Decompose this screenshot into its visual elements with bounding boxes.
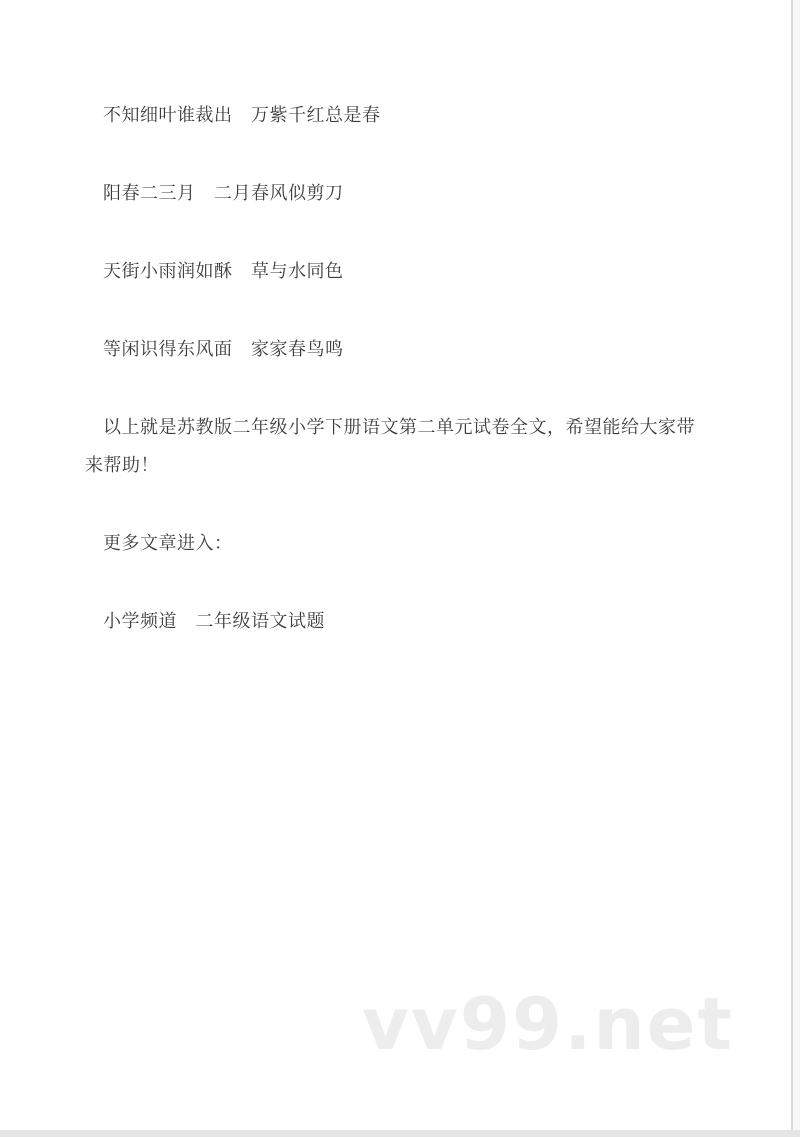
links-separator — [177, 611, 196, 631]
more-articles-label: 更多文章进入： — [85, 524, 703, 562]
topic-link-text: 二年级语文试题 — [196, 611, 326, 631]
document-body: 不知细叶谁裁出 万紫千红总是春 阳春二三月 二月春风似剪刀 天街小雨润如酥 草与… — [85, 96, 703, 680]
channel-link-text: 小学频道 — [103, 611, 177, 631]
poem-line: 阳春二三月 二月春风似剪刀 — [85, 174, 703, 212]
poem-line: 天街小雨润如酥 草与水同色 — [85, 252, 703, 290]
poem-line: 不知细叶谁裁出 万紫千红总是春 — [85, 96, 703, 134]
page-bottom-edge — [0, 1130, 800, 1137]
related-links-line: 小学频道 二年级语文试题 — [85, 602, 703, 640]
document-page: 不知细叶谁裁出 万紫千红总是春 阳春二三月 二月春风似剪刀 天街小雨润如酥 草与… — [0, 0, 793, 1130]
closing-paragraph: 以上就是苏教版二年级小学下册语文第二单元试卷全文，希望能给大家带来帮助！ — [85, 408, 703, 484]
poem-line: 等闲识得东风面 家家春鸟鸣 — [85, 330, 703, 368]
site-watermark: vv99.net — [362, 986, 734, 1062]
